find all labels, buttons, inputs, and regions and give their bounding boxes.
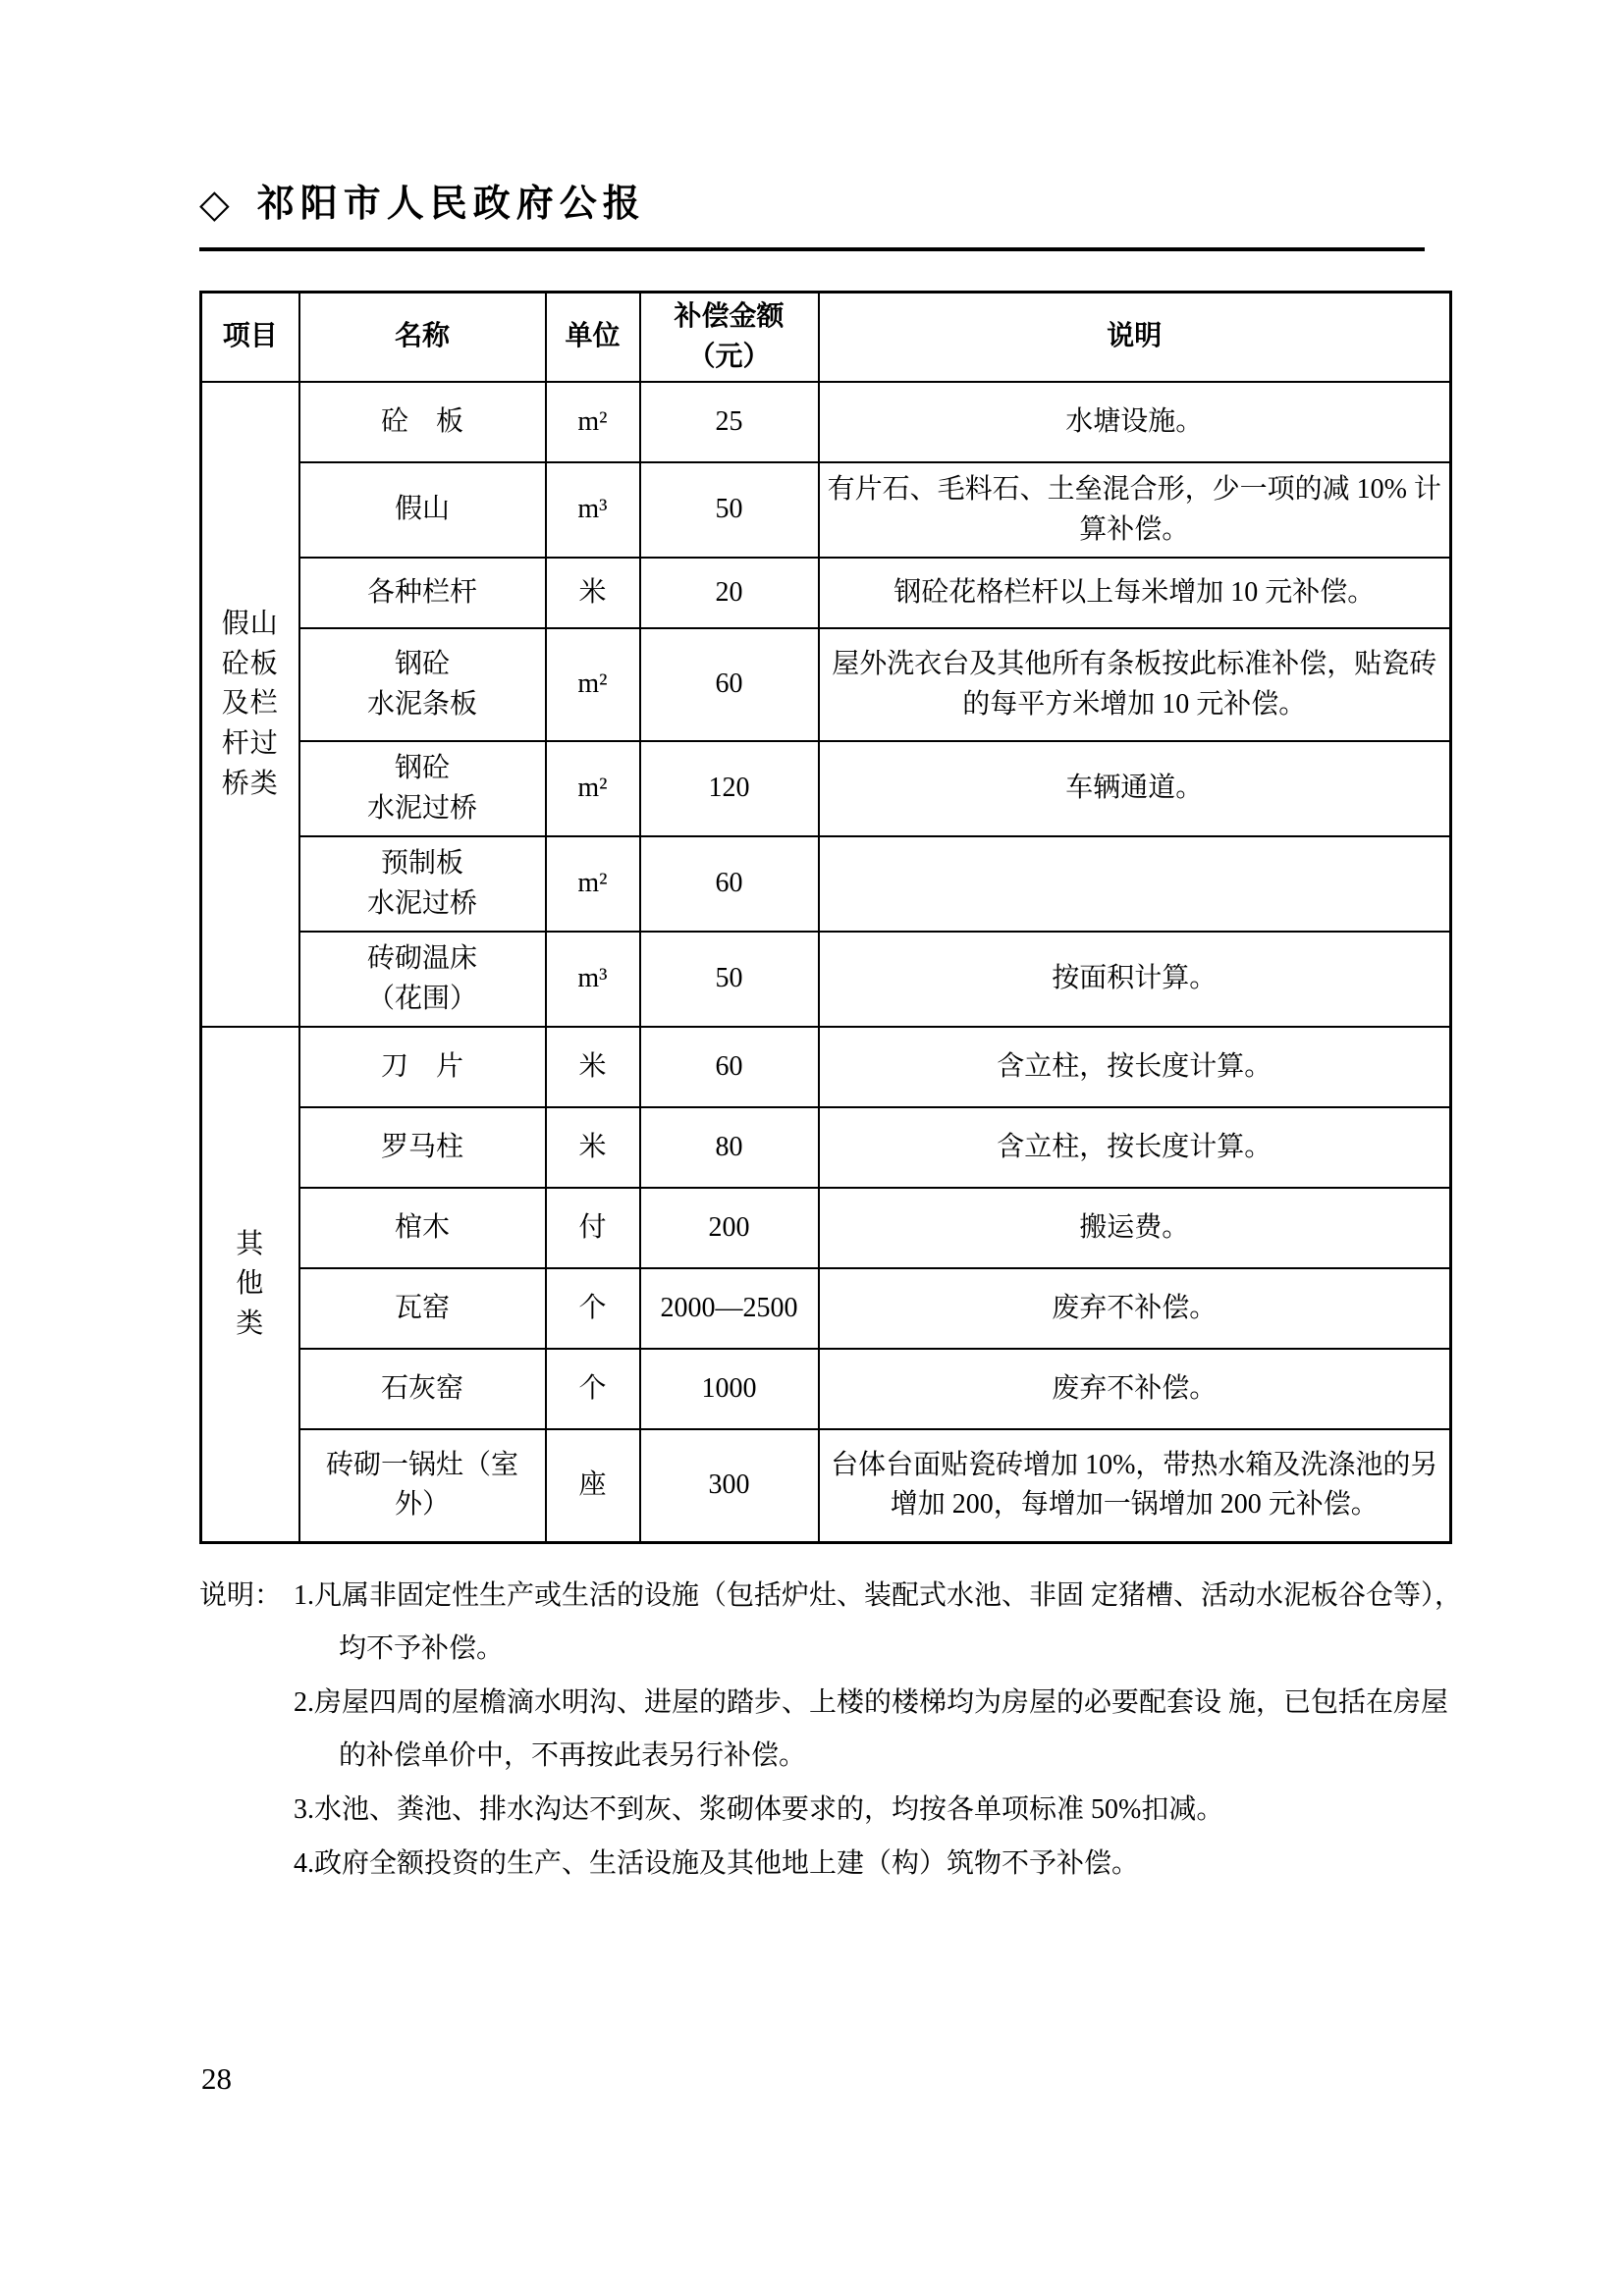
table-row: 石灰窑 个 1000 废弃不补偿。 <box>201 1349 1451 1429</box>
cell-unit: m² <box>546 836 640 932</box>
cell-name: 钢砼 水泥过桥 <box>299 741 546 836</box>
cell-amount: 1000 <box>640 1349 819 1429</box>
notes-items: 1.凡属非固定性生产或生活的设施（包括炉灶、装配式水池、非固 定猪槽、活动水泥板… <box>294 1570 1466 1892</box>
notes-label: 说明： <box>199 1570 294 1892</box>
cell-name: 假山 <box>299 462 546 558</box>
table-row: 预制板 水泥过桥 m² 60 <box>201 836 1451 932</box>
cell-amount: 50 <box>640 932 819 1027</box>
cell-amount: 120 <box>640 741 819 836</box>
cell-note: 钢砼花格栏杆以上每米增加 10 元补偿。 <box>819 558 1451 628</box>
cell-note: 含立柱，按长度计算。 <box>819 1027 1451 1107</box>
note-item: 3.水池、粪池、排水沟达不到灰、浆砌体要求的，均按各单项标准 50%扣减。 <box>294 1784 1466 1838</box>
cell-unit: 米 <box>546 1027 640 1107</box>
cell-name: 钢砼 水泥条板 <box>299 628 546 741</box>
cell-note: 按面积计算。 <box>819 932 1451 1027</box>
table-row: 假山 m³ 50 有片石、毛料石、土垒混合形，少一项的减 10% 计算补偿。 <box>201 462 1451 558</box>
cell-name: 罗马柱 <box>299 1107 546 1188</box>
cell-amount: 60 <box>640 1027 819 1107</box>
table-row: 各种栏杆 米 20 钢砼花格栏杆以上每米增加 10 元补偿。 <box>201 558 1451 628</box>
note-item: 1.凡属非固定性生产或生活的设施（包括炉灶、装配式水池、非固 定猪槽、活动水泥板… <box>294 1570 1466 1677</box>
cell-amount: 80 <box>640 1107 819 1188</box>
table-header-row: 项目 名称 单位 补偿金额 （元） 说明 <box>201 293 1451 383</box>
cell-note: 台体台面贴瓷砖增加 10%，带热水箱及洗涤池的另增加 200，每增加一锅增加 2… <box>819 1429 1451 1542</box>
table-row: 砖砌一锅灶（室 外） 座 300 台体台面贴瓷砖增加 10%，带热水箱及洗涤池的… <box>201 1429 1451 1542</box>
cell-name: 砼 板 <box>299 382 546 462</box>
bulletin-page: ◇ 祁阳市人民政府公报 项目 名称 单位 补偿金额 （元） 说明 <box>0 0 1624 2296</box>
cell-unit: m² <box>546 741 640 836</box>
page-number: 28 <box>201 2061 232 2097</box>
cell-unit: 付 <box>546 1188 640 1268</box>
notes-section: 说明： 1.凡属非固定性生产或生活的设施（包括炉灶、装配式水池、非固 定猪槽、活… <box>199 1570 1466 1892</box>
cell-note: 废弃不补偿。 <box>819 1349 1451 1429</box>
table-row: 钢砼 水泥条板 m² 60 屋外洗衣台及其他所有条板按此标准补偿，贴瓷砖的每平方… <box>201 628 1451 741</box>
note-item: 2.房屋四周的屋檐滴水明沟、进屋的踏步、上楼的楼梯均为房屋的必要配套设 施，已包… <box>294 1677 1466 1784</box>
cell-unit: 个 <box>546 1268 640 1349</box>
cell-note: 有片石、毛料石、土垒混合形，少一项的减 10% 计算补偿。 <box>819 462 1451 558</box>
cell-amount: 50 <box>640 462 819 558</box>
cell-amount: 20 <box>640 558 819 628</box>
column-header-amount: 补偿金额 （元） <box>640 293 819 383</box>
cell-note: 搬运费。 <box>819 1188 1451 1268</box>
cell-name: 刀 片 <box>299 1027 546 1107</box>
compensation-table: 项目 名称 单位 补偿金额 （元） 说明 假山 砼板 及栏 杆过 桥类 砼 板 … <box>199 291 1452 1544</box>
cell-unit: 米 <box>546 558 640 628</box>
column-header-name: 名称 <box>299 293 546 383</box>
cell-amount: 200 <box>640 1188 819 1268</box>
cell-amount: 25 <box>640 382 819 462</box>
masthead-title: 祁阳市人民政府公报 <box>257 186 646 223</box>
cell-unit: m² <box>546 382 640 462</box>
cell-amount: 2000—2500 <box>640 1268 819 1349</box>
cell-unit: m² <box>546 628 640 741</box>
table-row: 假山 砼板 及栏 杆过 桥类 砼 板 m² 25 水塘设施。 <box>201 382 1451 462</box>
cell-name: 瓦窑 <box>299 1268 546 1349</box>
table-row: 其 他 类 刀 片 米 60 含立柱，按长度计算。 <box>201 1027 1451 1107</box>
table-row: 瓦窑 个 2000—2500 废弃不补偿。 <box>201 1268 1451 1349</box>
cell-unit: 座 <box>546 1429 640 1542</box>
column-header-unit: 单位 <box>546 293 640 383</box>
table-row: 棺木 付 200 搬运费。 <box>201 1188 1451 1268</box>
cell-name: 砖砌一锅灶（室 外） <box>299 1429 546 1542</box>
masthead: ◇ 祁阳市人民政府公报 <box>199 177 1452 232</box>
note-item: 4.政府全额投资的生产、生活设施及其他地上建（构）筑物不予补偿。 <box>294 1838 1466 1892</box>
page-content: ◇ 祁阳市人民政府公报 项目 名称 单位 补偿金额 （元） 说明 <box>199 0 1452 1891</box>
column-header-item: 项目 <box>201 293 299 383</box>
cell-name: 石灰窑 <box>299 1349 546 1429</box>
cell-note: 含立柱，按长度计算。 <box>819 1107 1451 1188</box>
cell-note <box>819 836 1451 932</box>
column-header-note: 说明 <box>819 293 1451 383</box>
cell-note: 水塘设施。 <box>819 382 1451 462</box>
cell-name: 砖砌温床 （花围） <box>299 932 546 1027</box>
cell-unit: 米 <box>546 1107 640 1188</box>
cell-unit: m³ <box>546 932 640 1027</box>
table-row: 罗马柱 米 80 含立柱，按长度计算。 <box>201 1107 1451 1188</box>
cell-note: 废弃不补偿。 <box>819 1268 1451 1349</box>
cell-name: 棺木 <box>299 1188 546 1268</box>
masthead-rule <box>199 247 1425 251</box>
table-row: 钢砼 水泥过桥 m² 120 车辆通道。 <box>201 741 1451 836</box>
cell-note: 屋外洗衣台及其他所有条板按此标准补偿，贴瓷砖的每平方米增加 10 元补偿。 <box>819 628 1451 741</box>
cell-unit: 个 <box>546 1349 640 1429</box>
cell-note: 车辆通道。 <box>819 741 1451 836</box>
diamond-icon: ◇ <box>199 185 230 224</box>
category-cell-section2: 其 他 类 <box>201 1027 299 1542</box>
cell-unit: m³ <box>546 462 640 558</box>
cell-amount: 60 <box>640 836 819 932</box>
cell-amount: 300 <box>640 1429 819 1542</box>
cell-name: 预制板 水泥过桥 <box>299 836 546 932</box>
table-row: 砖砌温床 （花围） m³ 50 按面积计算。 <box>201 932 1451 1027</box>
category-cell-section1: 假山 砼板 及栏 杆过 桥类 <box>201 382 299 1027</box>
cell-name: 各种栏杆 <box>299 558 546 628</box>
cell-amount: 60 <box>640 628 819 741</box>
